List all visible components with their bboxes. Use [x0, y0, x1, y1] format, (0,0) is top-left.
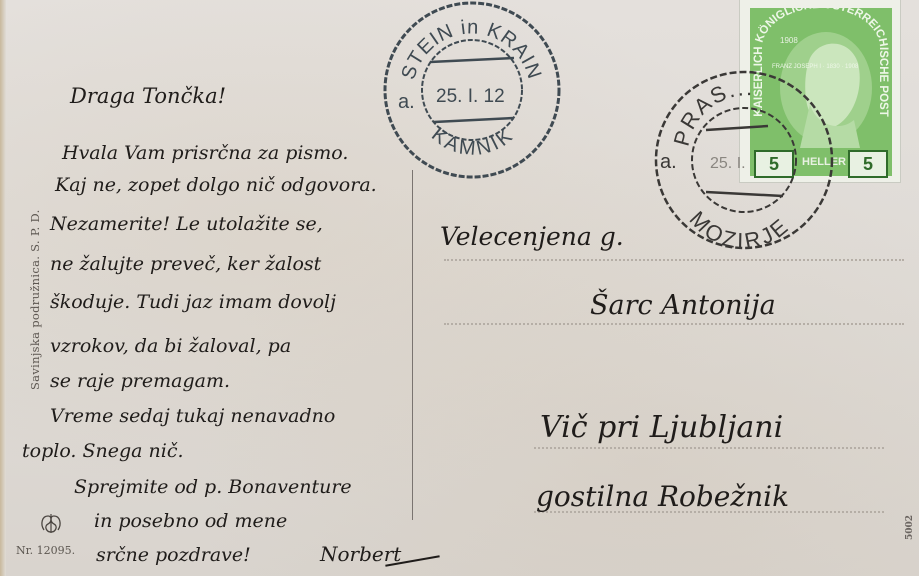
message-line: in posebno od mene [94, 510, 287, 532]
publisher-monogram-icon [38, 510, 64, 536]
svg-text:MOZIRJE: MOZIRJE [685, 206, 795, 254]
message-line: se raje premagam. [50, 370, 230, 392]
message-line: Hvala Vam prisrčna za pismo. [62, 142, 348, 164]
postmark-kamnik-icon: STEIN in KRAIN KAMNIK a. 25. I. 12 [378, 0, 568, 185]
publisher-imprint: Savinjska podružnica. S. P. D. [28, 209, 42, 390]
message-line: vzrokov, da bi žaloval, pa [50, 335, 291, 357]
message-line: Kaj ne, zopet dolgo nič odgovora. [55, 174, 377, 196]
message-line: Sprejmite od p. Bonaventure [74, 476, 352, 498]
address-line [444, 259, 904, 261]
svg-text:a.: a. [398, 91, 415, 113]
message-address-divider [412, 170, 413, 520]
svg-text:a.: a. [660, 151, 677, 173]
card-edge [0, 0, 6, 576]
message-line: srčne pozdrave! [96, 544, 251, 566]
svg-text:25. I.: 25. I. [710, 155, 746, 172]
svg-text:PRAS...: PRAS... [669, 75, 755, 149]
message-line: škoduje. Tudi jaz imam dovolj [50, 291, 336, 313]
svg-text:STEIN in KRAIN: STEIN in KRAIN [398, 16, 546, 82]
postcard: Savinjska podružnica. S. P. D. Nr. 12095… [0, 0, 919, 576]
address-line [534, 447, 884, 449]
address-name: Šarc Antonija [590, 290, 776, 321]
catalog-number: Nr. 12095. [16, 544, 75, 557]
message-line: Nezamerite! Le utolažite se, [50, 213, 323, 235]
postmark-mozirje-icon: PRAS... MOZIRJE a. 25. I. [648, 68, 848, 258]
edge-print-number: 5002 [905, 515, 915, 540]
message-line: Vreme sedaj tukaj nenavadno [50, 405, 335, 427]
greeting: Draga Tončka! [70, 84, 226, 108]
address-venue: gostilna Robežnik [536, 480, 789, 513]
stamp-year: 1908 [780, 36, 798, 45]
svg-text:25. I. 12: 25. I. 12 [436, 86, 505, 107]
svg-text:KAMNIK: KAMNIK [427, 123, 519, 160]
address-town: Vič pri Ljubljani [540, 410, 783, 445]
message-line: toplo. Snega nič. [22, 440, 184, 462]
address-salutation: Velecenjena g. [440, 222, 624, 251]
signature: Norbert [320, 542, 401, 566]
stamp-denomination-right: 5 [848, 150, 888, 178]
message-line: ne žalujte preveč, ker žalost [50, 253, 321, 275]
address-line [444, 323, 904, 325]
